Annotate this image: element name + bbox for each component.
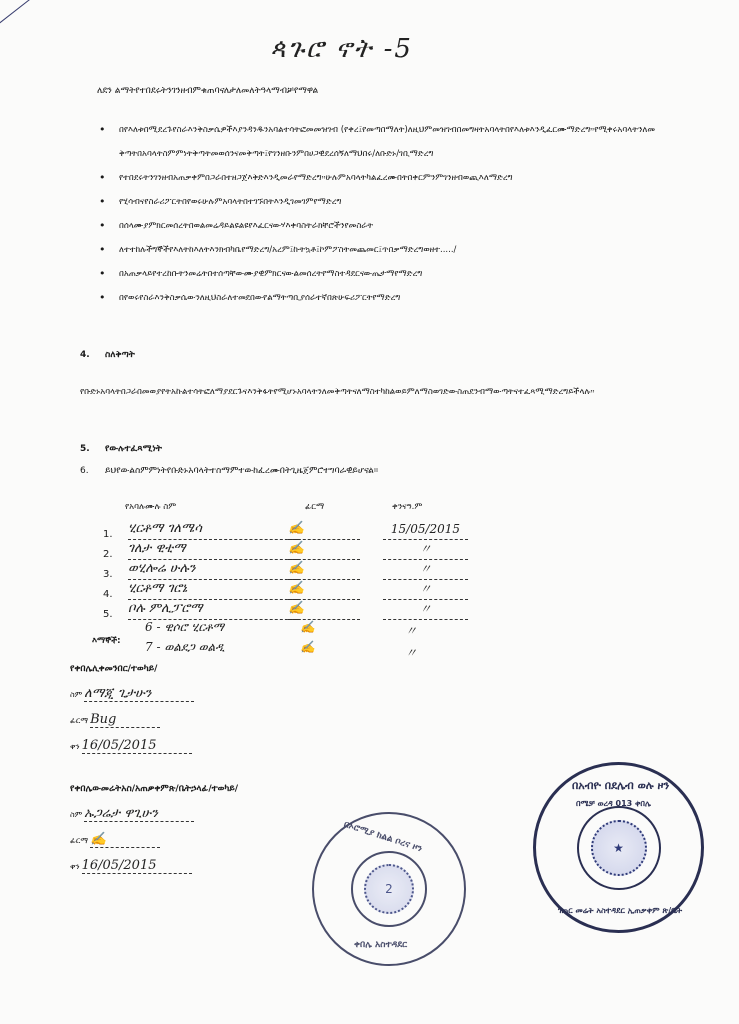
header-signature: ፊርማ bbox=[305, 502, 324, 512]
observer-signature: ✍ bbox=[300, 640, 315, 654]
kebele-chair-name-field: ስምለማጂ ጊታሁን bbox=[70, 686, 194, 702]
observer-name: 6 - ዊሶሮ ሂርቶማ bbox=[145, 620, 224, 635]
list-item: በአጠቃላይየተረከቡትንመሬትበተሰጣቸውሙያዊምክርናውልመሰረትየማስተዳ… bbox=[97, 262, 657, 286]
table-row: 3. ወሂሎሬ ሁሉን ✍ 〃 bbox=[103, 560, 483, 580]
list-item: ለተተከሉችግኞችየእለትከእለትእንክብካቤየማድረግ/አረም፤ኩትኳቶ፤ኮም… bbox=[97, 238, 657, 262]
observer-date: 〃 bbox=[405, 644, 417, 661]
observer-name: 7 - ወልደጋ ወልዲ bbox=[145, 640, 225, 655]
emblem-icon: 2 bbox=[364, 864, 414, 914]
land-office-title: የቀበሌውመሬትአስ/አጠቃቀምጽ/ቤትኃላፊ/ተወካይ/ bbox=[70, 784, 238, 794]
land-office-signature-field: ፊርማ✍ bbox=[70, 832, 160, 848]
intro-heading: ለደን ልማትየተበደሩትንገንዘብምቁጠባናለታለመለትዓላማብቻየማዋል bbox=[97, 86, 318, 96]
penalty-paragraph: የቡድኑአባላትበጋራበመወያየትአኩልተሳትፎለማያደርጉናእንቅፋትየሚሆኑ… bbox=[80, 378, 675, 406]
pen-stroke bbox=[0, 0, 65, 31]
list-item: በየወሩየስራእንቅስቃሴውንለዚህስራለተመደበውየልማትጣቢያሰራተኛበጽሁ… bbox=[97, 286, 657, 310]
observers-label: እማኞች: bbox=[92, 636, 121, 646]
list-item: የተበደሩትንገንዘብአጠቃቀምበጋራበተዘጋጀእቅድእንዲመራየማድረግ።ሁሉ… bbox=[97, 166, 657, 190]
list-item: በየእለቱበሚደረጉየስራእንቅስቃሴዎችእያንዳንዱንአባልተሳትፎመመዝገብ… bbox=[97, 118, 657, 166]
kebele-chair-date-field: ቀን16/05/2015 bbox=[70, 738, 192, 754]
land-office-name-field: ስምኡጋሬታ ዋጊሁን bbox=[70, 806, 194, 822]
header-date: ቀንናዓ.ም bbox=[392, 502, 422, 512]
land-office-date-field: ቀን16/05/2015 bbox=[70, 858, 192, 874]
kebele-chair-title: የቀበሌሊቀመንበር/ተወካይ/ bbox=[70, 664, 157, 674]
land-office-stamp: ★ በአብዮ በደሌብ ወሉ ዞን በሜቻ ወረዳ 013 ቀበሌ ገጠር መሬ… bbox=[533, 762, 704, 933]
observer-signature: ✍ bbox=[300, 620, 315, 634]
header-member-name: የአባሉሙሉ ስም bbox=[125, 502, 176, 512]
kebele-stamp: 2 በኦሮሚያ ክልል ቦረና ዞን ቀበሌ አስተዳደር bbox=[312, 812, 466, 966]
table-row: 5. ቦሉ ምሊፓሮማ ✍ 〃 bbox=[103, 600, 483, 620]
document-page: ጳጉሮ ኖት -5 ለደን ልማትየተበደሩትንገንዘብምቁጠባናለታለመለትዓ… bbox=[0, 0, 739, 1024]
section-effective: 6.ይህየውልስምምነትየቡድኑአባላትተስማምተውከፈረሙበትጊዜጀምሮተግባ… bbox=[80, 466, 378, 476]
section-penalty: 4.ስለቅጣት bbox=[80, 350, 135, 360]
page-title: ጳጉሮ ኖት -5 bbox=[270, 34, 413, 65]
list-item: የሂሳብናየስራሪፖርትበየወሩሁሉምአባላትበተገኙበትእንዲገመገምየማድረ… bbox=[97, 190, 657, 214]
list-item: በሰላሙያምክርመሰረትበወልመሬዳይልዩልዩየእፈርናውሃእቀባስትራክቸሮች… bbox=[97, 214, 657, 238]
table-row: 1. ሂርቶማ ገለሜሳ ✍ 15/05/2015 bbox=[103, 520, 483, 540]
observer-date: 〃 bbox=[405, 622, 417, 639]
table-row: 4. ሂርቶማ ገሮኔ ✍ 〃 bbox=[103, 580, 483, 600]
table-row: 2. ገለታ ዊቲማ ✍ 〃 bbox=[103, 540, 483, 560]
kebele-chair-signature-field: ፊርማBug bbox=[70, 712, 160, 728]
duties-list: በየእለቱበሚደረጉየስራእንቅስቃሴዎችእያንዳንዱንአባልተሳትፎመመዝገብ… bbox=[97, 118, 657, 310]
section-enforcement: 5.የውሉተፈጻሚነት bbox=[80, 444, 162, 454]
emblem-icon: ★ bbox=[591, 820, 647, 876]
